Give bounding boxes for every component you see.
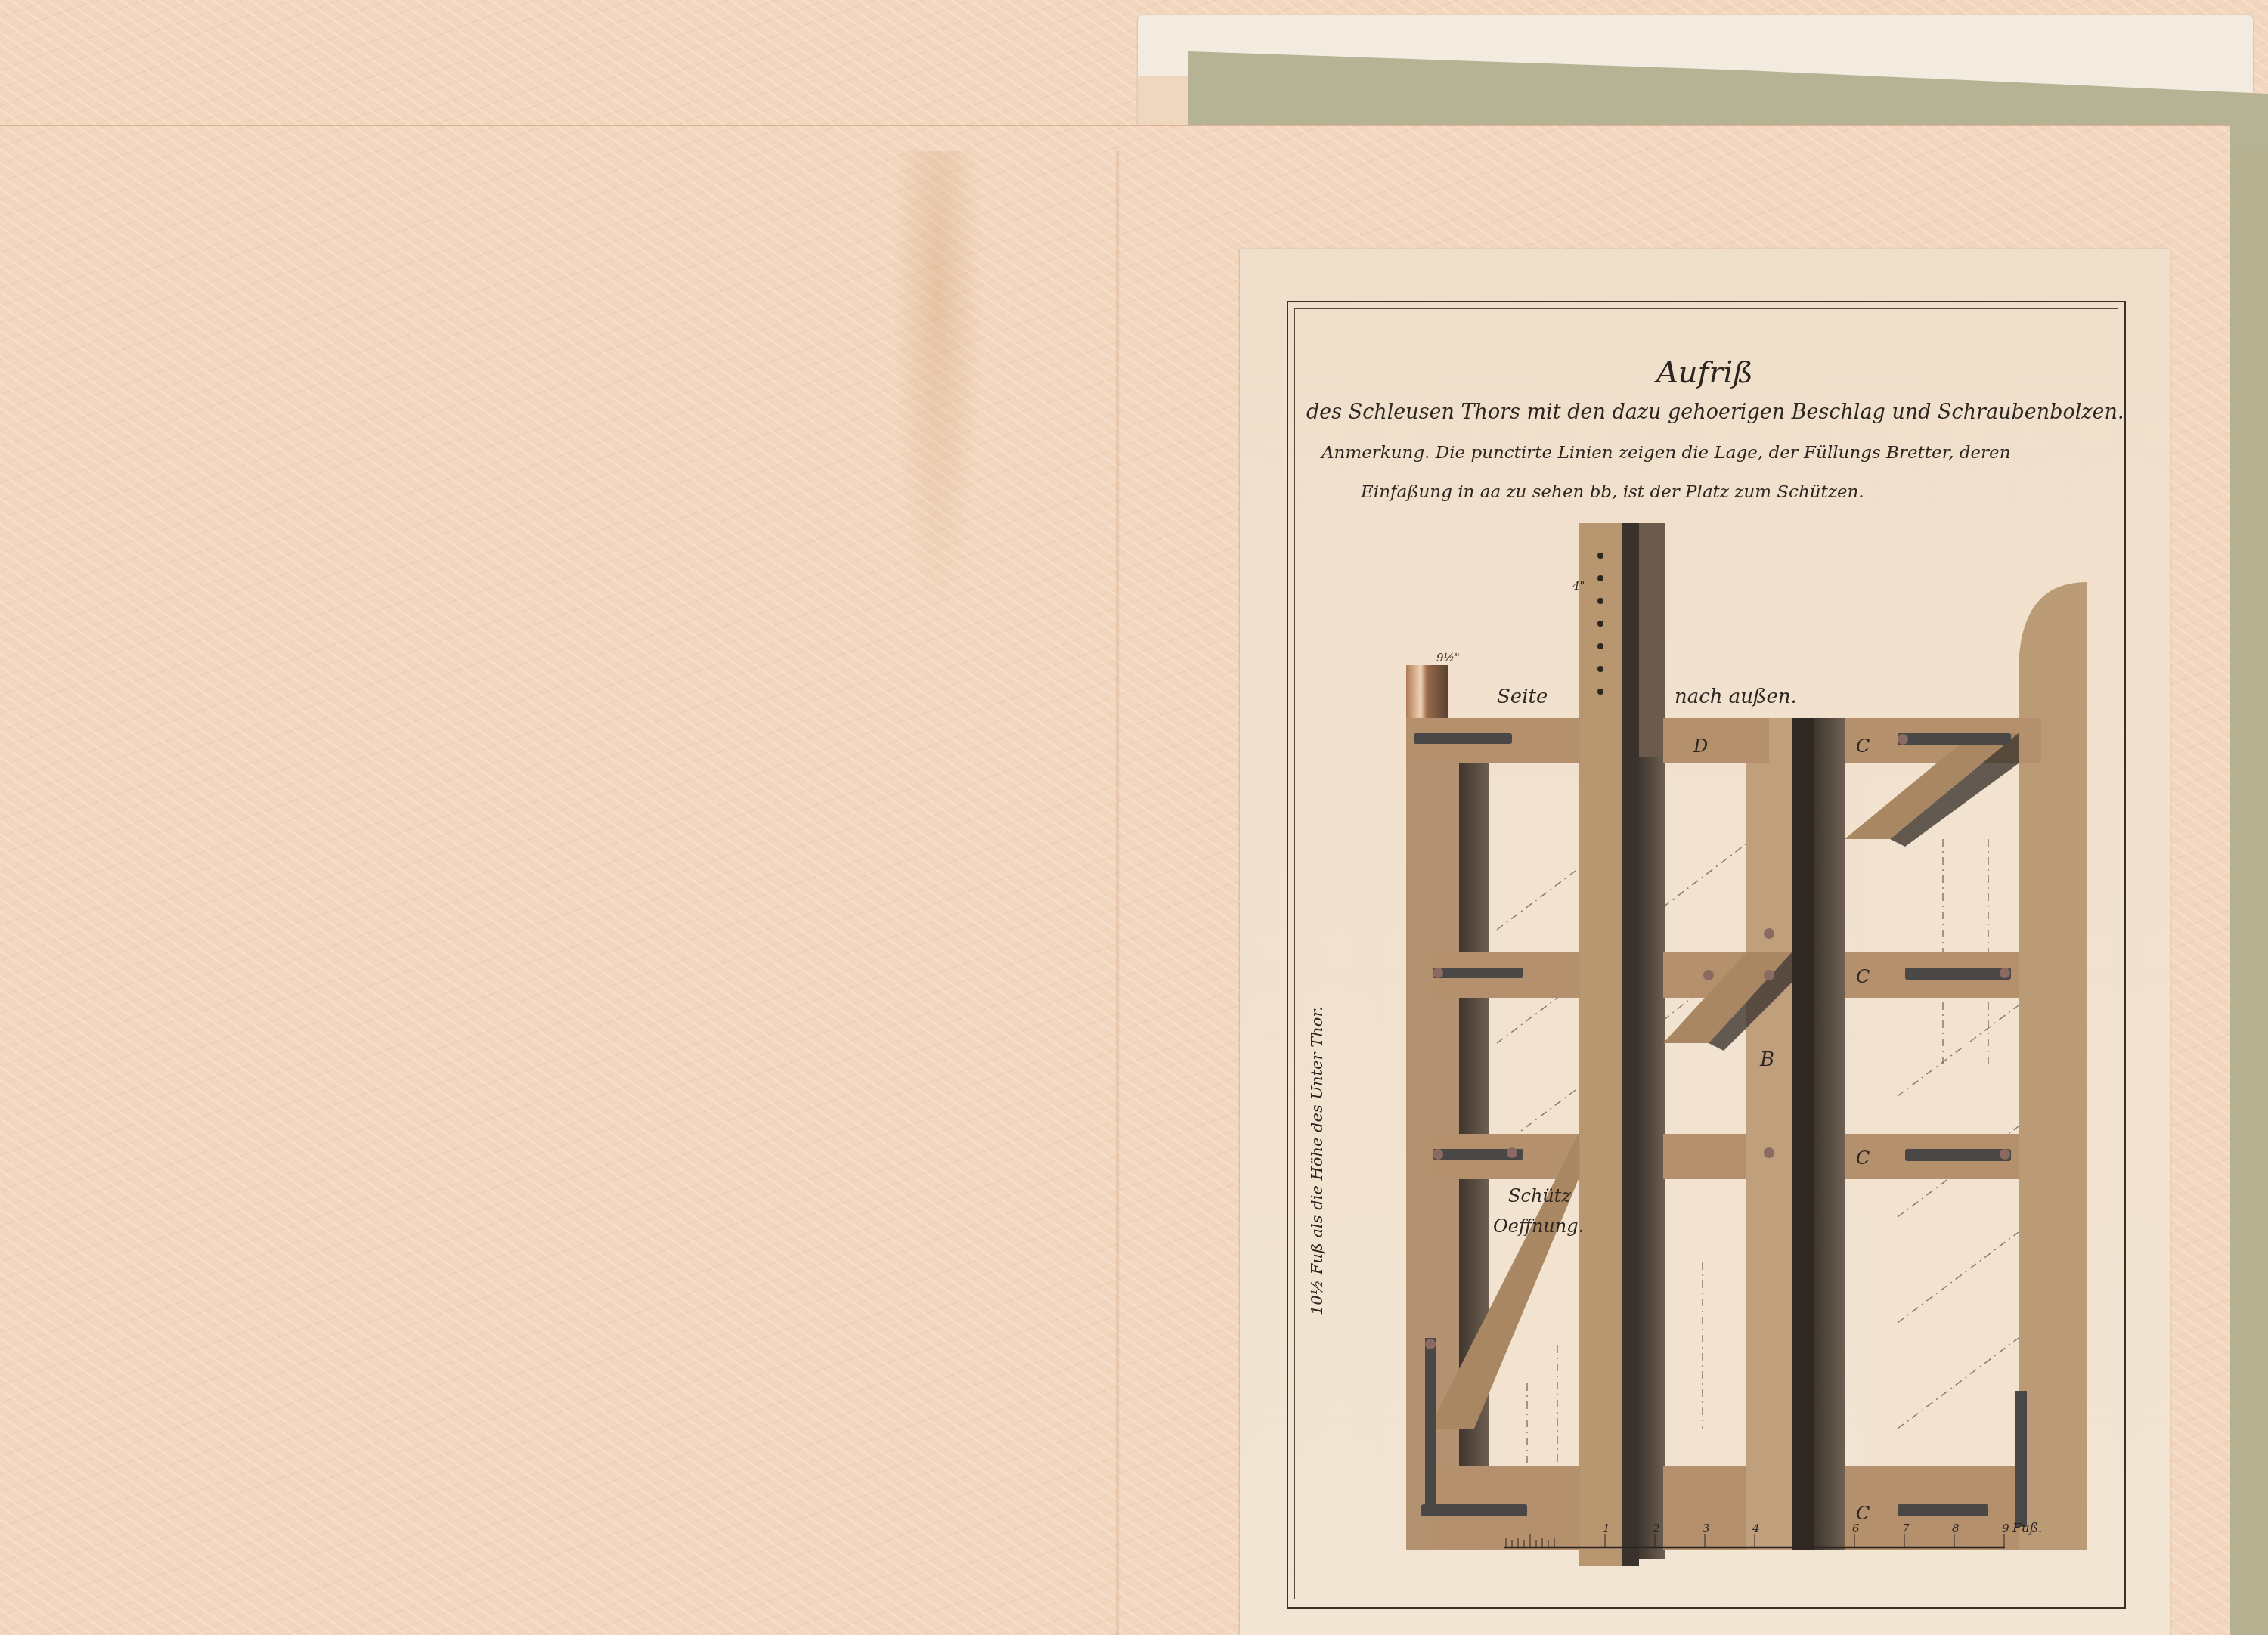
folio-fold-line — [1115, 151, 1120, 1635]
center-post-lower-shadow — [1639, 757, 1665, 1559]
scale-tick-6: 6 — [1852, 1522, 1860, 1535]
post-b-shadow — [1814, 718, 1845, 1550]
label-c-4: C — [1856, 1503, 1870, 1524]
drawing-sheet: Aufriß des Schleusen Thors mit den dazu … — [1240, 249, 2170, 1635]
lock-gate-elevation-drawing: 9½" 4" Seite nach außen. D B C C C C Sch… — [1240, 249, 2170, 1635]
opening-label-2: Oeffnung. — [1493, 1215, 1584, 1237]
scale-tick-8: 8 — [1952, 1522, 1960, 1535]
scale-tick-9: 9 — [2002, 1522, 2009, 1535]
center-post-upper-shadow — [1639, 523, 1665, 757]
center-post-tall — [1579, 523, 1622, 1566]
scale-tick-4: 4 — [1752, 1522, 1760, 1535]
opening-label-1: Schütz — [1508, 1185, 1571, 1206]
post-b-shadow-dark — [1792, 718, 1814, 1550]
scale-tick-3: 3 — [1703, 1522, 1710, 1535]
label-c-2: C — [1856, 966, 1870, 987]
scale-tick-2: 2 — [1652, 1522, 1660, 1535]
scale-tick-7: 7 — [1902, 1522, 1910, 1535]
side-label-left: Seite — [1497, 686, 1548, 708]
label-c-1: C — [1856, 735, 1870, 757]
scale-unit: Fuß. — [2012, 1521, 2043, 1536]
green-board-edge — [2230, 151, 2268, 1635]
side-label-right: nach außen. — [1675, 686, 1797, 708]
label-c-3: C — [1856, 1147, 1870, 1169]
label-d: D — [1693, 735, 1708, 757]
center-post-slot — [1622, 523, 1639, 1566]
label-b: B — [1759, 1048, 1774, 1071]
dim-label-post: 4" — [1572, 579, 1585, 593]
scale-tick-1: 1 — [1603, 1522, 1610, 1535]
scale-tick-5: 5 — [1802, 1522, 1810, 1535]
water-stain — [892, 151, 983, 620]
post-b — [1746, 718, 1792, 1550]
copper-pipe — [1406, 665, 1448, 718]
dim-label-pipe: 9½" — [1436, 651, 1460, 664]
